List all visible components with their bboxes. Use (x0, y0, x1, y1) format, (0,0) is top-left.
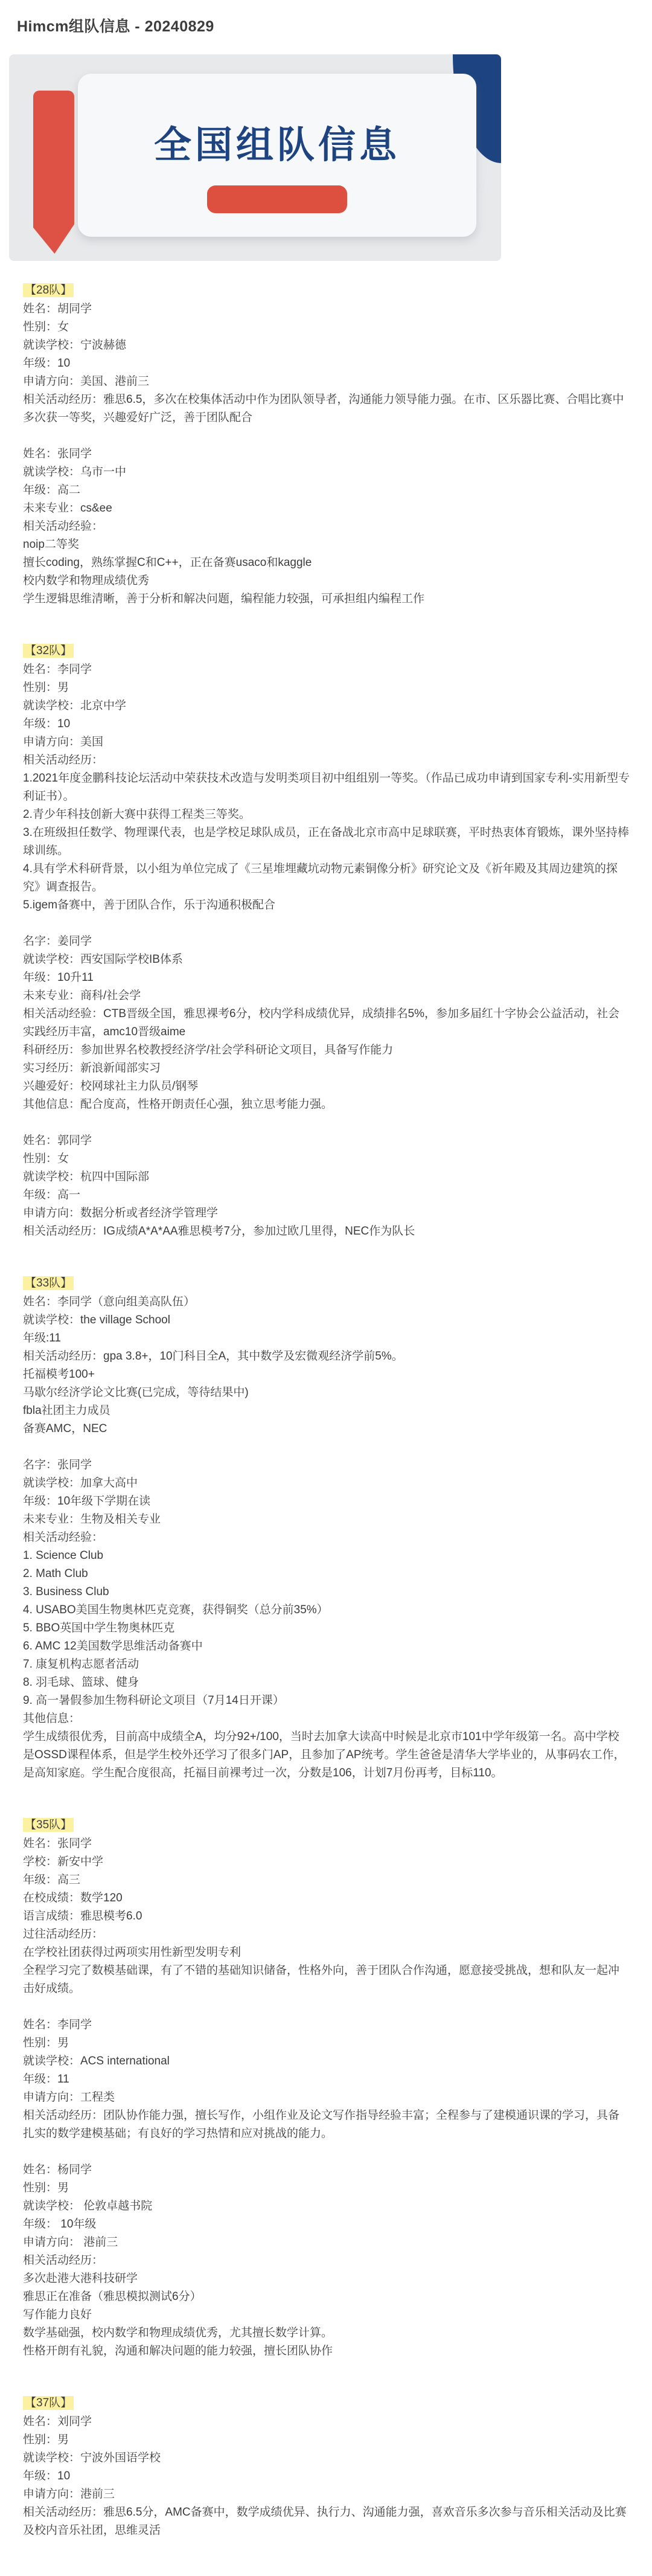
profile-line: 就读学校：北京中学 (23, 697, 630, 715)
profile-line: 就读学校：加拿大高中 (23, 1474, 630, 1492)
profile-line: 年级：10 (23, 715, 630, 733)
profile-line: 全程学习完了数模基础课，有了不错的基础知识储备，性格外向，善于团队合作沟通，愿意… (23, 1962, 630, 1998)
profile-line: 相关活动经验： (23, 518, 630, 536)
profile-line: 性别：女 (23, 1150, 630, 1168)
profile-line: 申请方向：工程类 (23, 2089, 630, 2107)
profile-line: 年级： 10年级 (23, 2215, 630, 2234)
team-header: 【33队】 (23, 1276, 74, 1290)
profile-line: 数学基础强，校内数学和物理成绩优秀，尤其擅长数学计算。 (23, 2324, 630, 2342)
profile-line: 性别：男 (23, 2034, 630, 2052)
profile-line: 就读学校：宁波外国语学校 (23, 2449, 630, 2467)
profile-line: 相关活动经历： (23, 751, 630, 769)
profile-line: 1. Science Club (23, 1547, 630, 1565)
profile-line: 相关活动经历： (23, 2252, 630, 2270)
profile-line: 雅思正在准备（雅思模拟测试6分） (23, 2288, 630, 2306)
team-header: 【32队】 (23, 644, 74, 658)
profile-line: 相关活动经历：IG成绩A*A*AA雅思模考7分，参加过欧几里得，NEC作为队长 (23, 1222, 630, 1241)
profile-line: 学校：新安中学 (23, 1853, 630, 1871)
profile-line: 申请方向：美国、港前三 (23, 373, 630, 391)
profile-line: 年级：11 (23, 2070, 630, 2089)
member-profile: 名字：姜同学就读学校：西安国际学校IB体系年级：10升11未来专业：商科/社会学… (23, 933, 634, 1114)
profile-line: 3.在班级担任数学、物理课代表，也是学校足球队成员，正在备战北京市高中足球联赛，… (23, 824, 630, 860)
profile-line: 写作能力良好 (23, 2306, 630, 2324)
profile-line: 年级：10 (23, 355, 630, 373)
profile-line: 未来专业：商科/社会学 (23, 987, 630, 1005)
profile-line: 姓名：杨同学 (23, 2161, 630, 2179)
profile-line: 申请方向：美国 (23, 733, 630, 751)
profile-line: 其他信息：配合度高，性格开朗责任心强，独立思考能力强。 (23, 1096, 630, 1114)
profile-line: 3. Business Club (23, 1583, 630, 1601)
banner-underline-bar (207, 185, 347, 213)
profile-line: 相关活动经历：团队协作能力强，擅长写作，小组作业及论文写作指导经验丰富；全程参与… (23, 2107, 630, 2143)
team-section: 【35队】姓名：张同学学校：新安中学年级：高三在校成绩：数学120语言成绩：雅思… (23, 1816, 634, 2360)
profile-line: 实习经历：新浪新闻部实习 (23, 1059, 630, 1078)
teams-list: 【28队】姓名：胡同学性别：女就读学校：宁波赫德年级：10申请方向：美国、港前三… (23, 281, 634, 2540)
profile-line: 其他信息： (23, 1710, 630, 1728)
member-profile: 姓名：刘同学性别：男就读学校：宁波外国语学校年级：10申请方向：港前三相关活动经… (23, 2413, 634, 2540)
profile-line: 就读学校：西安国际学校IB体系 (23, 951, 630, 969)
member-profile: 姓名：李同学（意向组美高队伍）就读学校：the village School年级… (23, 1293, 634, 1438)
profile-line: 5.igem备赛中，善于团队合作，乐于沟通积极配合 (23, 896, 630, 914)
profile-line: 姓名：李同学 (23, 661, 630, 679)
profile-line: 4.具有学术科研背景，以小组为单位完成了《三星堆埋藏坑动物元素铜像分析》研究论文… (23, 860, 630, 896)
team-header-row: 【35队】 (23, 1816, 634, 1835)
profile-line: 年级:11 (23, 1329, 630, 1347)
banner-image: 全国组队信息 (9, 54, 501, 261)
profile-line: 年级：高一 (23, 1186, 630, 1204)
page-title: Himcm组队信息 - 20240829 (17, 14, 634, 36)
profile-line: 2.青少年科技创新大赛中获得工程类三等奖。 (23, 806, 630, 824)
profile-line: 相关活动经历：雅思6.5分，AMC备赛中，数学成绩优异、执行力、沟通能力强，喜欢… (23, 2504, 630, 2540)
member-profile: 姓名：张同学就读学校：乌市一中年级：高二未来专业：cs&ee相关活动经验：noi… (23, 445, 634, 608)
profile-line: 4. USABO美国生物奥林匹克竞赛，获得铜奖（总分前35%） (23, 1601, 630, 1619)
banner-title: 全国组队信息 (78, 115, 476, 169)
profile-line: 未来专业：生物及相关专业 (23, 1511, 630, 1529)
profile-line: 相关活动经历：雅思6.5，多次在校集体活动中作为团队领导者，沟通能力领导能力强。… (23, 391, 630, 427)
profile-line: 擅长coding，熟练掌握C和C++，正在备赛usaco和kaggle (23, 554, 630, 572)
profile-line: 姓名：张同学 (23, 445, 630, 463)
profile-line: 校内数学和物理成绩优秀 (23, 572, 630, 590)
profile-line: 马歇尔经济学论文比赛(已完成，等待结果中) (23, 1384, 630, 1402)
team-header-row: 【37队】 (23, 2394, 634, 2413)
profile-line: 申请方向：数据分析或者经济学管理学 (23, 1204, 630, 1222)
profile-line: fbla社团主力成员 (23, 1402, 630, 1420)
team-section: 【28队】姓名：胡同学性别：女就读学校：宁波赫德年级：10申请方向：美国、港前三… (23, 281, 634, 608)
profile-line: 就读学校：宁波赫德 (23, 336, 630, 355)
profile-line: 2. Math Club (23, 1565, 630, 1583)
profile-line: 8. 羽毛球、篮球、健身 (23, 1674, 630, 1692)
team-section: 【33队】姓名：李同学（意向组美高队伍）就读学校：the village Sch… (23, 1274, 634, 1782)
profile-line: 9. 高一暑假参加生物科研论文项目（7月14日开课） (23, 1692, 630, 1710)
profile-line: 申请方向： 港前三 (23, 2234, 630, 2252)
member-profile: 姓名：郭同学性别：女就读学校：杭四中国际部年级：高一申请方向：数据分析或者经济学… (23, 1132, 634, 1241)
profile-line: 学生成绩很优秀，目前高中成绩全A，均分92+/100，当时去加拿大读高中时候是北… (23, 1728, 630, 1782)
member-profile: 姓名：杨同学性别：男就读学校： 伦敦卓越书院年级： 10年级申请方向： 港前三相… (23, 2161, 634, 2360)
team-header: 【35队】 (23, 1818, 74, 1832)
member-profile: 姓名：李同学性别：男就读学校：ACS international年级：11申请方… (23, 2016, 634, 2143)
profile-line: 年级：高三 (23, 1871, 630, 1889)
team-header-row: 【28队】 (23, 281, 634, 300)
team-header-row: 【32队】 (23, 642, 634, 661)
profile-line: 就读学校：乌市一中 (23, 463, 630, 481)
profile-line: 未来专业：cs&ee (23, 499, 630, 518)
team-header: 【37队】 (23, 2396, 74, 2410)
profile-line: 性别：男 (23, 679, 630, 697)
profile-line: 在校成绩：数学120 (23, 1889, 630, 1907)
team-section: 【37队】姓名：刘同学性别：男就读学校：宁波外国语学校年级：10申请方向：港前三… (23, 2394, 634, 2540)
member-profile: 姓名：李同学性别：男就读学校：北京中学年级：10申请方向：美国相关活动经历：1.… (23, 661, 634, 914)
document-page: Himcm组队信息 - 20240829 全国组队信息 【28队】姓名：胡同学性… (0, 0, 652, 2576)
profile-line: 年级：10 (23, 2467, 630, 2485)
profile-line: 1.2021年度金鹏科技论坛活动中荣获技术改造与发明类项目初中组组别一等奖。（作… (23, 769, 630, 806)
profile-line: 性别：男 (23, 2431, 630, 2449)
profile-line: 年级：高二 (23, 481, 630, 499)
profile-line: 姓名：李同学（意向组美高队伍） (23, 1293, 630, 1311)
profile-line: 就读学校：杭四中国际部 (23, 1168, 630, 1186)
profile-line: 相关活动经历：gpa 3.8+，10门科目全A，其中数学及宏微观经济学前5%。 (23, 1347, 630, 1366)
profile-line: noip二等奖 (23, 536, 630, 554)
profile-line: 性别：女 (23, 318, 630, 336)
profile-line: 年级：10升11 (23, 969, 630, 987)
profile-line: 备赛AMC，NEC (23, 1420, 630, 1438)
profile-line: 就读学校： 伦敦卓越书院 (23, 2197, 630, 2215)
profile-line: 在学校社团获得过两项实用性新型发明专利 (23, 1944, 630, 1962)
team-section: 【32队】姓名：李同学性别：男就读学校：北京中学年级：10申请方向：美国相关活动… (23, 642, 634, 1241)
profile-line: 姓名：胡同学 (23, 300, 630, 318)
profile-line: 姓名：郭同学 (23, 1132, 630, 1150)
profile-line: 姓名：张同学 (23, 1835, 630, 1853)
profile-line: 过往活动经历： (23, 1926, 630, 1944)
member-profile: 名字：张同学就读学校：加拿大高中年级：10年级下学期在读未来专业：生物及相关专业… (23, 1456, 634, 1782)
team-header-row: 【33队】 (23, 1274, 634, 1293)
profile-line: 语言成绩：雅思模考6.0 (23, 1907, 630, 1926)
profile-line: 姓名：李同学 (23, 2016, 630, 2034)
profile-line: 性格开朗有礼貌，沟通和解决问题的能力较强，擅长团队协作 (23, 2342, 630, 2360)
profile-line: 性别：男 (23, 2179, 630, 2197)
team-header: 【28队】 (23, 283, 74, 297)
profile-line: 托福模考100+ (23, 1366, 630, 1384)
profile-line: 就读学校：the village School (23, 1311, 630, 1329)
profile-line: 名字：姜同学 (23, 933, 630, 951)
bookmark-ribbon-icon (33, 91, 74, 254)
profile-line: 名字：张同学 (23, 1456, 630, 1474)
profile-line: 姓名：刘同学 (23, 2413, 630, 2431)
profile-line: 5. BBO英国中学生物奥林匹克 (23, 1619, 630, 1637)
profile-line: 年级：10年级下学期在读 (23, 1492, 630, 1511)
profile-line: 相关活动经验： (23, 1529, 630, 1547)
profile-line: 6. AMC 12美国数学思维活动备赛中 (23, 1637, 630, 1656)
member-profile: 姓名：张同学学校：新安中学年级：高三在校成绩：数学120语言成绩：雅思模考6.0… (23, 1835, 634, 1998)
profile-line: 相关活动经验：CTB晋级全国，雅思裸考6分，校内学科成绩优异，成绩排名5%，参加… (23, 1005, 630, 1041)
profile-line: 科研经历：参加世界名校教授经济学/社会学科研论文项目，具备写作能力 (23, 1041, 630, 1059)
profile-line: 兴趣爱好：校网球社主力队员/钢琴 (23, 1078, 630, 1096)
member-profile: 姓名：胡同学性别：女就读学校：宁波赫德年级：10申请方向：美国、港前三相关活动经… (23, 300, 634, 427)
profile-line: 7. 康复机构志愿者活动 (23, 1656, 630, 1674)
banner-card: 全国组队信息 (78, 74, 476, 237)
profile-line: 学生逻辑思维清晰，善于分析和解决问题，编程能力较强，可承担组内编程工作 (23, 590, 630, 608)
profile-line: 就读学校：ACS international (23, 2052, 630, 2070)
profile-line: 申请方向：港前三 (23, 2485, 630, 2504)
profile-line: 多次赴港大港科技研学 (23, 2270, 630, 2288)
